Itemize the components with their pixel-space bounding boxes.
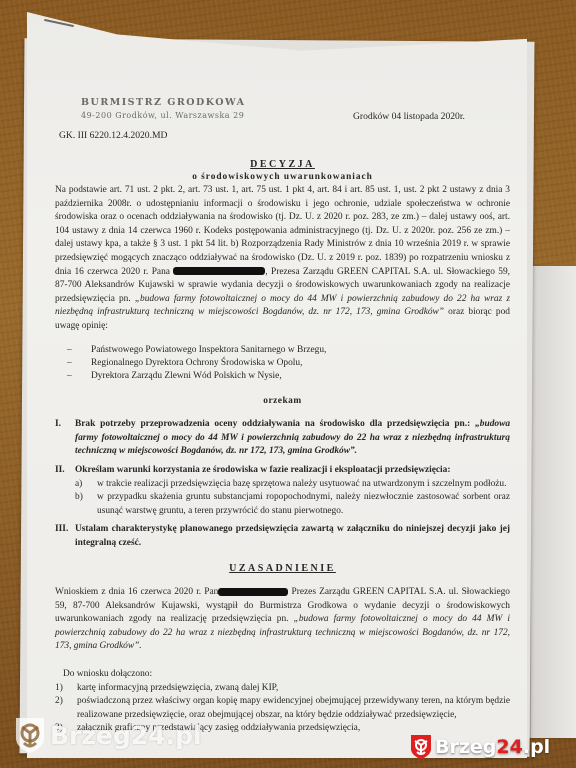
- stamp-title: BURMISTRZ GRODKOWA: [81, 96, 245, 110]
- ruling-heading: orzekam: [55, 395, 510, 409]
- condition-b: b) w przypadku skażenia gruntu substancj…: [75, 491, 510, 518]
- issuer-stamp: BURMISTRZ GRODKOWA 49-200 Grodków, ul. W…: [81, 96, 245, 122]
- ruling-point-2: II. Określam warunki korzystania ze środ…: [55, 464, 510, 518]
- intro-text: Na podstawie art. 71 ust. 2 pkt. 2, art.…: [55, 185, 510, 277]
- redacted-name: [173, 267, 265, 275]
- document-subtitle: o środowiskowych uwarunkowaniach: [55, 172, 510, 183]
- attachments-intro: Do wniosku dołączono:: [55, 668, 510, 682]
- ruling-point-1: I. Brak potrzeby przeprowadzenia oceny o…: [55, 418, 510, 459]
- justification-heading: UZASADNIENIE: [55, 562, 510, 576]
- opinions-list: –Państwowego Powiatowego Inspektora Sani…: [67, 344, 510, 383]
- title-block: DECYZJA o środowiskowych uwarunkowaniach: [55, 158, 510, 183]
- reference-number: GK. III 6220.12.4.2020.MD: [59, 129, 167, 143]
- opinion-item: –Państwowego Powiatowego Inspektora Sani…: [67, 344, 510, 357]
- shield-anchor-icon: [14, 716, 46, 754]
- document-title: DECYZJA: [55, 158, 510, 172]
- legal-basis-paragraph: Na podstawie art. 71 ust. 2 pkt. 2, art.…: [55, 184, 510, 334]
- watermark-right: Brzeg24.pl: [410, 734, 550, 760]
- document-date: Grodków 04 listopada 2020r.: [353, 110, 465, 124]
- watermark-left-text: Brzeg24.pl: [50, 721, 202, 750]
- opinion-item: –Regionalnego Dyrektora Ochrony Środowis…: [67, 357, 510, 370]
- condition-a: a) w trakcie realizacji przedsięwzięcia …: [75, 478, 510, 492]
- ruling-point-3: III. Ustalam charakterystykę planowanego…: [55, 523, 510, 550]
- stamp-address: 49-200 Grodków, ul. Warszawska 29: [81, 109, 245, 123]
- document-body: Na podstawie art. 71 ust. 2 pkt. 2, art.…: [55, 184, 510, 736]
- redacted-name: [218, 588, 288, 596]
- opinion-item: –Dyrektora Zarządu Zlewni Wód Polskich w…: [67, 370, 510, 383]
- attachment-item: 1)kartę informacyjną przedsięwzięcia, zw…: [55, 682, 510, 696]
- shield-anchor-icon: [410, 734, 432, 760]
- watermark-left: Brzeg24.pl: [14, 716, 202, 754]
- justification-paragraph: Wnioskiem z dnia 16 czerwca 2020 r. Pan …: [55, 586, 510, 654]
